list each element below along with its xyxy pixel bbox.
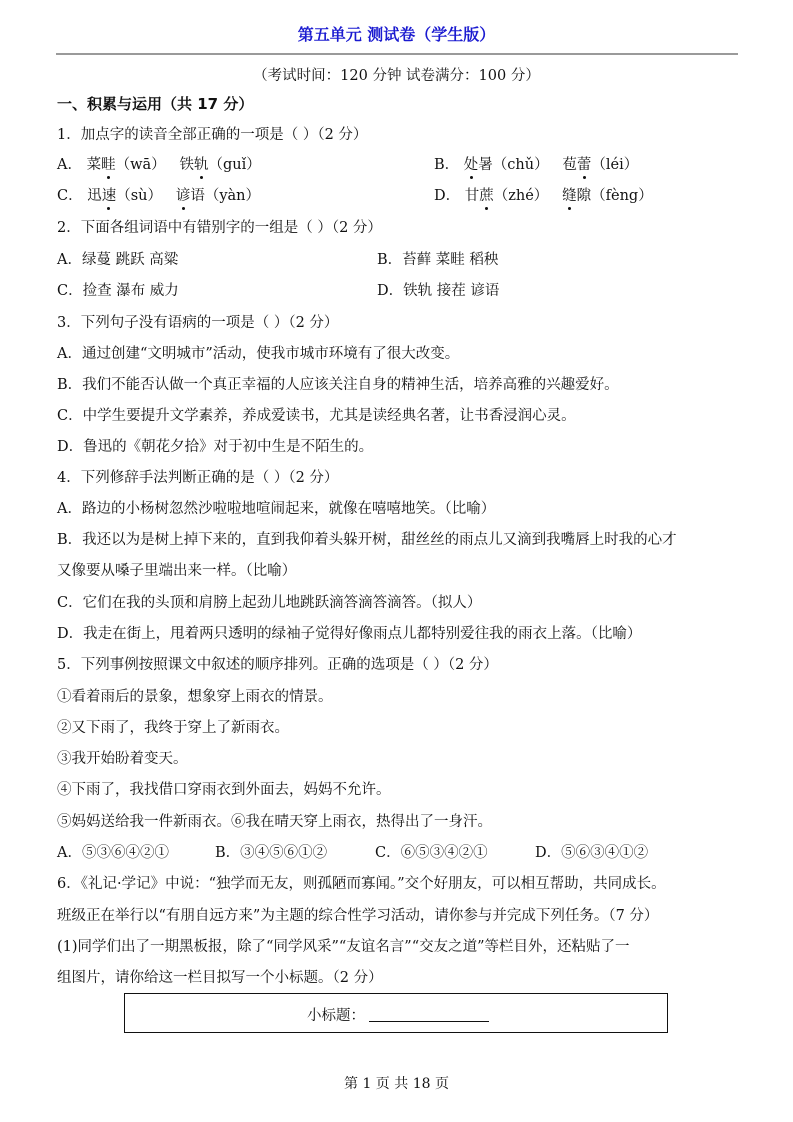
option-label: B．	[434, 157, 459, 173]
question-3-stem: 3．下列句子没有语病的一项是（ ）（2 分）	[57, 313, 338, 333]
dotted-char: 速	[102, 186, 117, 206]
question-4-stem: 4．下列修辞手法判断正确的是（ ）（2 分）	[57, 468, 338, 488]
question-6-line: (1)同学们出了一期黑板报，除了“同学风采”“友谊名言”“交友之道”等栏目外，还…	[57, 937, 630, 957]
question-2-option-c: C．捡查 瀑布 威力	[57, 281, 179, 301]
pinyin: （léi）	[591, 157, 638, 173]
question-5-option-a: A．⑤③⑥④②①	[57, 843, 169, 863]
question-3-option-b: B．我们不能否认做一个真正幸福的人应该关注自身的精神生活，培养高雅的兴趣爱好。	[57, 375, 619, 395]
question-1-option-c: C． 迅速（sù） 谚语（yàn） D． 甘蔗（zhé） 缝隙（fèng）	[57, 186, 260, 206]
char: 语	[190, 188, 205, 204]
question-2-option-d: D．铁轨 接茬 谚语	[377, 281, 499, 301]
question-5-option-b: B．③④⑤⑥①②	[215, 843, 327, 863]
question-1-option-b: B． 处暑（chǔ） 苞蕾（léi）	[434, 155, 638, 175]
answer-box: 小标题：	[124, 993, 668, 1033]
pinyin: （yàn）	[205, 188, 260, 204]
question-6-line: 6．《礼记·学记》中说：“独学而无友，则孤陋而寡闻。”交个好朋友，可以相互帮助，…	[57, 874, 666, 894]
char: 菜	[87, 157, 102, 173]
question-6-line: 组图片，请你给这一栏目拟写一个小标题。（2 分）	[57, 968, 383, 988]
question-3-option-d: D．鲁迅的《朝花夕拾》对于初中生是不陌生的。	[57, 437, 373, 457]
question-4-option-a: A．路边的小杨树忽然沙啦啦地喧闹起来，就像在嘻嘻地笑。（比喻）	[57, 499, 495, 519]
exam-page: 第五单元 测试卷（学生版） （考试时间：120 分钟 试卷满分：100 分） 一…	[0, 0, 793, 1122]
question-4-option-b: B．我还以为是树上掉下来的，直到我仰着头躲开树，甜丝丝的雨点儿又滴到我嘴唇上时我…	[57, 530, 677, 550]
section-heading: 一、积累与运用（共 17 分）	[57, 94, 253, 114]
question-5-stem: 5．下列事例按照课文中叙述的顺序排列。正确的选项是（ ）（2 分）	[57, 655, 498, 675]
answer-blank[interactable]	[369, 1021, 489, 1022]
question-2-stem: 2．下面各组词语中有错别字的一组是（ ）（2 分）	[57, 218, 382, 238]
question-3-option-c: C．中学生要提升文学素养，养成爱读书，尤其是读经典名著，让书香浸润心灵。	[57, 406, 576, 426]
question-4-option-c: C．它们在我的头顶和肩膀上起劲儿地跳跃滴答滴答滴答。（拟人）	[57, 593, 481, 613]
option-label: D．	[434, 188, 460, 204]
dotted-char: 蕾	[577, 155, 592, 175]
char: 甘	[465, 188, 480, 204]
option-label: A．	[57, 157, 82, 173]
question-5-option-c: C．⑥⑤③④②①	[375, 843, 488, 863]
question-3-option-a: A．通过创建“文明城市”活动，使我市城市环境有了很大改变。	[57, 344, 459, 364]
pinyin: （wā）	[116, 157, 166, 173]
pinyin: （chǔ）	[493, 157, 549, 173]
answer-box-label: 小标题：	[307, 1004, 365, 1025]
exam-info: （考试时间：120 分钟 试卷满分：100 分）	[0, 64, 793, 85]
pinyin: （guǐ）	[208, 157, 260, 173]
dotted-char: 轨	[194, 155, 209, 175]
question-1-option-a: A． 菜畦（wā） 铁轨（guǐ） B． 处暑（chǔ） 苞蕾（léi）	[57, 155, 261, 175]
dotted-char: 处	[464, 155, 479, 175]
question-5-event: ⑤妈妈送给我一件新雨衣。⑥我在晴天穿上雨衣，热得出了一身汗。	[57, 812, 492, 832]
page-title: 第五单元 测试卷（学生版）	[0, 22, 793, 45]
pinyin: （fèng）	[591, 188, 653, 204]
dotted-char: 蔗	[479, 186, 494, 206]
pinyin: （sù）	[116, 188, 162, 204]
question-4-option-b-cont: 又像要从嗓子里端出来一样。（比喻）	[57, 561, 296, 581]
question-2-option-b: B．苔藓 菜畦 稻秧	[377, 250, 498, 270]
option-label: C．	[57, 188, 83, 204]
question-5-event: ④下雨了，我找借口穿雨衣到外面去，妈妈不允许。	[57, 780, 391, 800]
question-2-option-a: A．绿蔓 跳跃 高粱	[57, 250, 178, 270]
question-1-option-d: D． 甘蔗（zhé） 缝隙（fèng）	[434, 186, 653, 206]
question-1-stem: 1．加点字的读音全部正确的一项是（ ）（2 分）	[57, 125, 367, 145]
header-divider	[56, 53, 738, 55]
question-6-line: 班级正在举行以“有朋自远方来”为主题的综合性学习活动，请你参与并完成下列任务。（…	[57, 906, 658, 926]
question-4-option-d: D．我走在街上，甩着两只透明的绿袖子觉得好像雨点儿都特别爱往我的雨衣上落。（比喻…	[57, 624, 641, 644]
char: 隙	[577, 188, 592, 204]
dotted-char: 谚	[176, 186, 191, 206]
char: 苞	[562, 157, 577, 173]
question-5-event: ①看着雨后的景象，想象穿上雨衣的情景。	[57, 687, 333, 707]
page-footer: 第 1 页 共 18 页	[0, 1073, 793, 1093]
question-5-option-d: D．⑤⑥③④①②	[535, 843, 648, 863]
pinyin: （zhé）	[494, 188, 549, 204]
question-5-event: ③我开始盼着变天。	[57, 749, 188, 769]
char: 暑	[478, 157, 493, 173]
char: 迅	[87, 188, 102, 204]
dotted-char: 畦	[101, 155, 116, 175]
char: 铁	[179, 157, 194, 173]
question-5-event: ②又下雨了，我终于穿上了新雨衣。	[57, 718, 289, 738]
dotted-char: 缝	[562, 186, 577, 206]
